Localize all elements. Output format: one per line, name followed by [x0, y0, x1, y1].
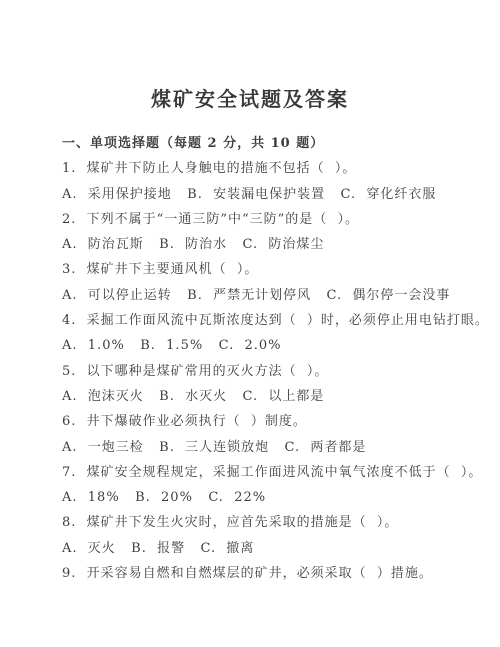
- question-line-6: 6. 井下爆破作业必须执行（ ）制度。: [62, 409, 490, 434]
- options-line-5: A. 泡沫灭火 B. 水灭火 C. 以上都是: [62, 384, 490, 409]
- options-line-3: A. 可以停止运转 B. 严禁无计划停风 C. 偶尔停一会没事: [62, 283, 490, 308]
- section-heading: 一、单项选择题（每题 2 分，共 10 题）: [62, 131, 490, 156]
- options-line-2: A. 防治瓦斯 B. 防治水 C. 防治煤尘: [62, 232, 490, 257]
- exam-document-page: 煤矿安全试题及答案 一、单项选择题（每题 2 分，共 10 题） 1. 煤矿井下…: [0, 0, 500, 647]
- document-title: 煤矿安全试题及答案: [0, 83, 500, 112]
- options-line-4: A. 1.0% B. 1.5% C. 2.0%: [62, 333, 490, 358]
- options-line-7: A. 18% B. 20% C. 22%: [62, 485, 490, 510]
- question-line-3: 3. 煤矿井下主要通风机（ ）。: [62, 257, 490, 282]
- question-line-2: 2. 下列不属于“一通三防”中“三防”的是（ ）。: [62, 207, 490, 232]
- options-line-8: A. 灭火 B. 报警 C. 撤离: [62, 536, 490, 561]
- question-line-4: 4. 采掘工作面风流中瓦斯浓度达到（ ）时，必须停止用电钻打眼。: [62, 308, 490, 333]
- question-line-5: 5. 以下哪种是煤矿常用的灭火方法（ ）。: [62, 359, 490, 384]
- options-line-6: A. 一炮三检 B. 三人连锁放炮 C. 两者都是: [62, 435, 490, 460]
- document-body: 一、单项选择题（每题 2 分，共 10 题） 1. 煤矿井下防止人身触电的措施不…: [62, 131, 490, 586]
- question-line-1: 1. 煤矿井下防止人身触电的措施不包括（ ）。: [62, 156, 490, 181]
- question-line-9: 9. 开采容易自燃和自燃煤层的矿井，必须采取（ ）措施。: [62, 561, 490, 586]
- question-line-7: 7. 煤矿安全规程规定，采掘工作面进风流中氧气浓度不低于（ ）。: [62, 460, 490, 485]
- options-line-1: A. 采用保护接地 B. 安装漏电保护装置 C. 穿化纤衣服: [62, 182, 490, 207]
- question-line-8: 8. 煤矿井下发生火灾时，应首先采取的措施是（ ）。: [62, 510, 490, 535]
